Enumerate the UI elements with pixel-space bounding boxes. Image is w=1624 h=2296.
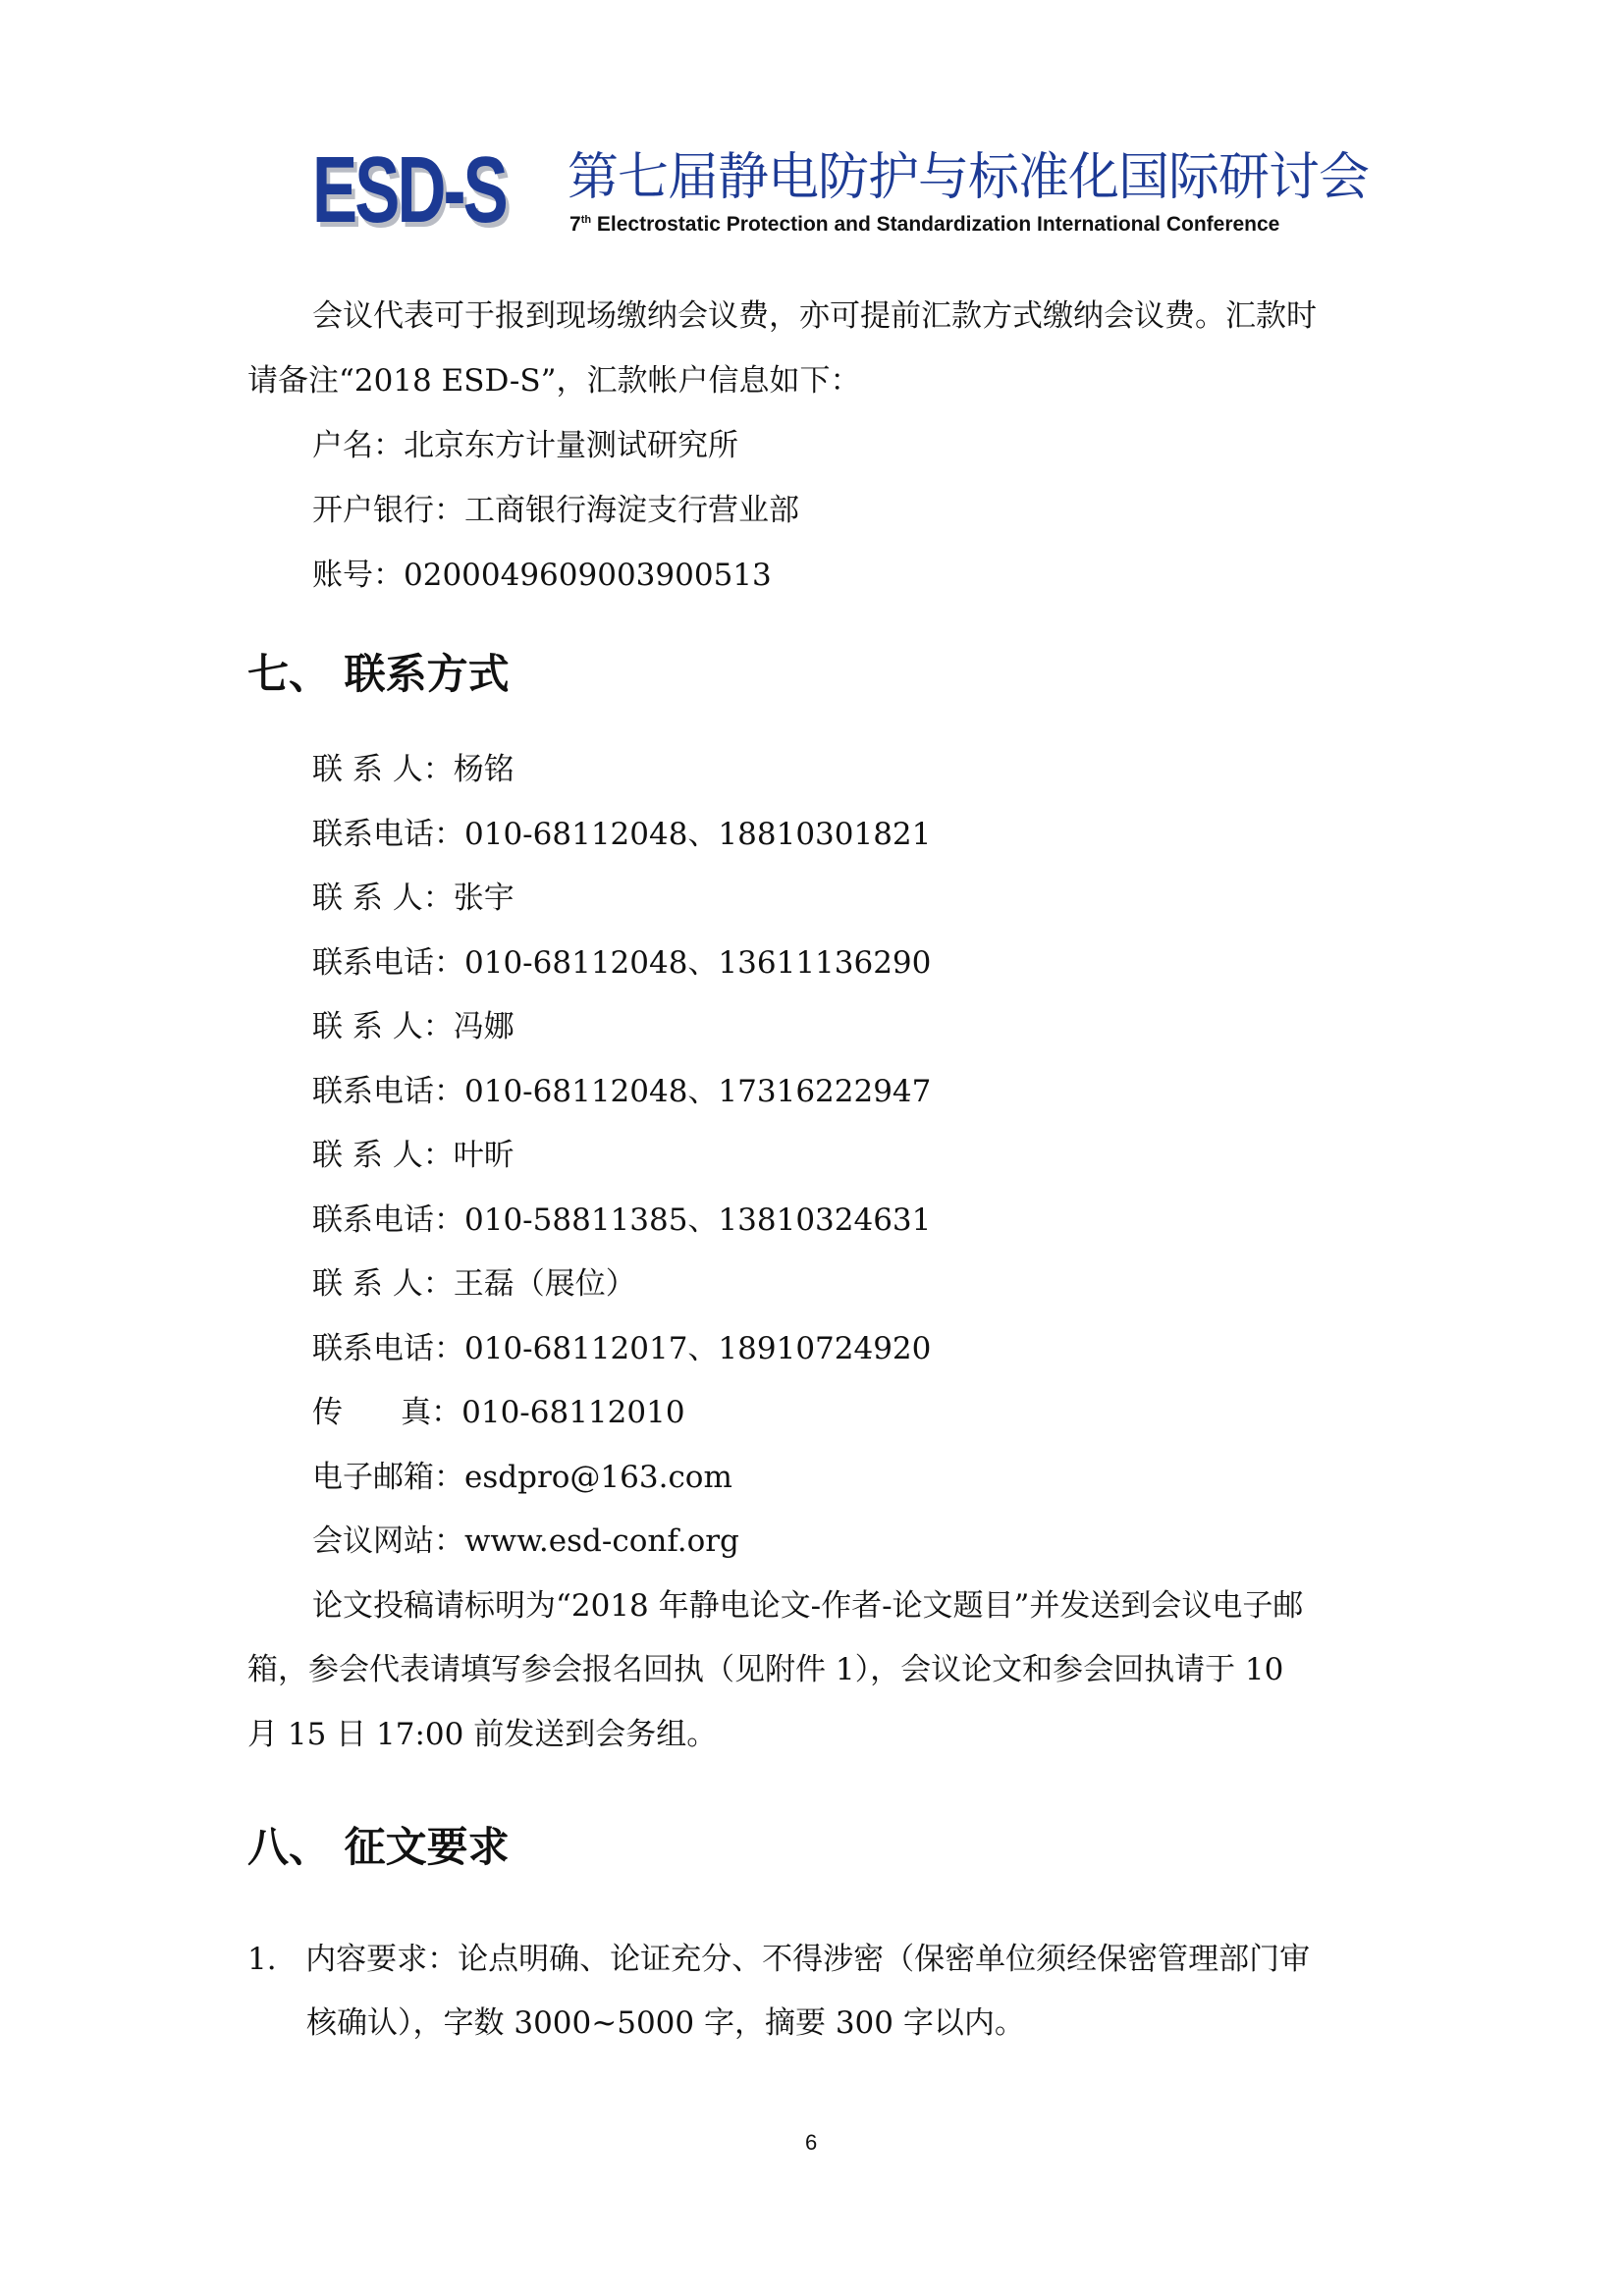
page-number: 6 — [805, 2130, 817, 2156]
ordinal: 7 — [569, 213, 581, 236]
account-number: 账号：0200049609003900513 — [312, 556, 772, 595]
contact-line: 联系电话：010-58811385、13810324631 — [312, 1201, 931, 1240]
header-title-en-text: Electrostatic Protection and Standardiza… — [591, 213, 1279, 236]
requirement-item-1-line1: 1. 内容要求：论点明确、论证充分、不得涉密（保密单位须经保密管理部门审 — [247, 1940, 1310, 1979]
contact-line: 联系电话：010-68112017、18910724920 — [312, 1329, 931, 1368]
submission-note-line2: 箱，参会代表请填写参会报名回执（见附件 1），会议论文和参会回执请于 10 — [247, 1650, 1283, 1689]
payment-para-line2: 请备注“2018 ESD-S”，汇款帐户信息如下： — [247, 361, 860, 400]
payment-para-line1: 会议代表可于报到现场缴纳会议费，亦可提前汇款方式缴纳会议费。汇款时 — [312, 296, 1317, 336]
section-8-title: 八、 征文要求 — [247, 1823, 510, 1872]
bank-name: 开户银行：工商银行海淀支行营业部 — [312, 491, 799, 530]
fax-line: 传 真：010-68112010 — [312, 1393, 685, 1432]
contact-line: 联系电话：010-68112048、13611136290 — [312, 943, 931, 983]
requirement-item-1-line2: 核确认），字数 3000~5000 字，摘要 300 字以内。 — [306, 2003, 1025, 2043]
website-line: 会议网站：www.esd-conf.org — [312, 1522, 739, 1561]
contact-line: 联系电话：010-68112048、17316222947 — [312, 1072, 931, 1111]
header-title-en: 7th Electrostatic Protection and Standar… — [569, 208, 1279, 237]
conference-header: ESD-S 第七届静电防护与标准化国际研讨会 7th Electrostatic… — [312, 147, 1333, 236]
submission-note-line3: 月 15 日 17:00 前发送到会务组。 — [247, 1715, 717, 1754]
contact-line: 联 系 人：张宇 — [312, 879, 514, 918]
email-line: 电子邮箱：esdpro@163.com — [312, 1458, 732, 1497]
account-name: 户名：北京东方计量测试研究所 — [312, 426, 738, 465]
section-7-title: 七、 联系方式 — [247, 650, 510, 699]
submission-note-line1: 论文投稿请标明为“2018 年静电论文-作者-论文题目”并发送到会议电子邮 — [312, 1586, 1303, 1626]
contact-line: 联 系 人：冯娜 — [312, 1007, 514, 1046]
header-title-cn: 第七届静电防护与标准化国际研讨会 — [568, 147, 1369, 208]
contact-line: 联 系 人：叶昕 — [312, 1136, 514, 1175]
esd-s-logo: ESD-S — [312, 151, 506, 230]
contact-line: 联 系 人：王磊（展位） — [312, 1264, 636, 1304]
contact-line: 联系电话：010-68112048、18810301821 — [312, 815, 931, 854]
ordinal-suffix: th — [581, 214, 591, 226]
contact-line: 联 系 人：杨铭 — [312, 750, 514, 789]
